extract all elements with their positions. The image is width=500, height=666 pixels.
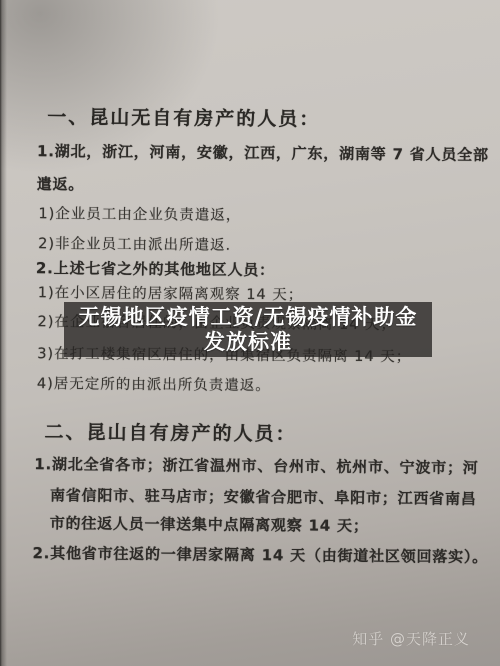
caption-line-2: 发放标准 (204, 330, 292, 355)
section1-heading: 一、昆山无自有房产的人员： (47, 102, 320, 131)
document-photo: 一、昆山无自有房产的人员： 1.湖北，浙江，河南，安徽，江西，广东，湖南等 7 … (0, 0, 500, 666)
section1-item2: 2.上述七省之外的其他地区人员： (36, 257, 275, 280)
section2-item1-line1: 1.湖北全省各市；浙江省温州市、台州市、杭州市、宁波市；河 (34, 453, 479, 478)
overlay-caption-banner: 无锡地区疫情工资/无锡疫情补助金 发放标准 (64, 302, 432, 357)
section2-item2: 2.其他省市往返的一律居家隔离 14 天（由街道社区领回落实）。 (32, 542, 488, 567)
section1-item2-sub4: 4)居无定所的由派出所负责遣返。 (37, 372, 271, 395)
section1-sub1: 1)企业员工由企业负责遣返， (38, 202, 241, 225)
section1-item1-line2: 遣返。 (37, 173, 85, 194)
section1-sub2: 2)非企业员工由派出所遣返. (38, 232, 231, 255)
caption-line-1: 无锡地区疫情工资/无锡疫情补助金 (79, 305, 418, 330)
section1-item1-line1: 1.湖北，浙江，河南，安徽，江西，广东，湖南等 7 省人员全部 (37, 140, 489, 165)
section2-heading: 二、昆山自有房产的人员： (44, 417, 296, 446)
zhihu-watermark: 知乎 @天降正义 (352, 628, 470, 649)
section2-item1-line3: 市的往返人员一律送集中点隔离观察 14 天； (50, 512, 369, 536)
section2-item1-line2: 南省信阳市、驻马店市；安徽省合肥市、阜阳市；江西省南昌 (50, 484, 477, 509)
section1-item2-sub1: 1)在小区居住的居家隔离观察 14 天； (38, 281, 304, 304)
